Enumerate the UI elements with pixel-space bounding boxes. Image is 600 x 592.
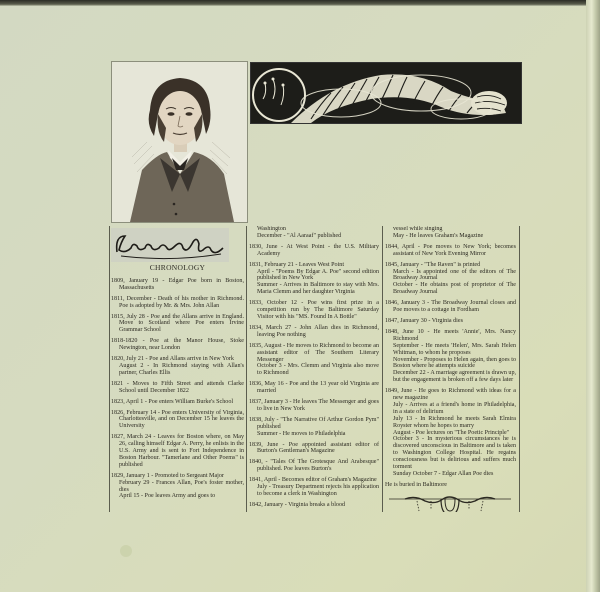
chronology-entry: 1835, August - He moves to Richmond to b… [249, 343, 379, 378]
burial-note: He is buried in Baltimore [385, 482, 516, 489]
chronology-column-2: Washington December - "Al Aaraaf" publis… [249, 226, 379, 512]
portrait-engraving-icon [112, 62, 247, 222]
chronology-entry: 1839, June - Poe appointed assistant edi… [249, 442, 379, 456]
chronology-sub-entry: April 15 - Poe leaves Army and goes to [119, 493, 244, 500]
tentacle-illustration-banner [250, 62, 522, 124]
chronology-entry: 1841, April - Becomes editor of Graham's… [249, 477, 379, 498]
poe-signature [111, 228, 229, 262]
ornamental-flourish-icon [385, 493, 515, 512]
chronology-entry: 1820, July 21 - Poe and Allans arrive in… [111, 356, 244, 377]
chronology-entry: 1826, February 14 - Poe enters Universit… [111, 410, 244, 431]
chronology-sub-entry: July - Treasury Department rejects his a… [257, 484, 379, 498]
chronology-entry: 1842, January - Virginia breaks a blood [249, 502, 379, 509]
chronology-column-3: vessel while singing May - He leaves Gra… [385, 226, 516, 512]
chronology-entry: 1831, February 21 - Leaves West Point Ap… [249, 262, 379, 297]
chronology-entry: 1827, March 24 - Leaves for Boston where… [111, 434, 244, 469]
chronology-entry: 1821 - Moves to Fifth Street and attends… [111, 381, 244, 395]
chronology-entry: 1815, July 28 - Poe and the Allans arriv… [111, 314, 244, 335]
chronology-entry: 1845, January - "The Raven" is printed M… [385, 262, 516, 297]
chronology-entry: 1829, January 1 - Promoted to Sergeant M… [111, 473, 244, 501]
chronology-entry: 1818-1820 - Poe at the Manor House, Stok… [111, 338, 244, 352]
chronology-column-1: CHRONOLOGY 1809, January 19 - Edgar Poe … [111, 226, 244, 512]
chronology-entry: 1811, December - Death of his mother in … [111, 296, 244, 310]
chronology-sub-entry: Summer - Arrives in Baltimore to stay wi… [257, 282, 379, 296]
chronology-sub-entry: September - He meets 'Helen', Mrs. Sarah… [393, 343, 516, 357]
chronology-entry: 1834, March 27 - John Allan dies in Rich… [249, 325, 379, 339]
cover-scuff-mark [120, 545, 132, 557]
chronology-sub-entry: December 22 - A marriage agreement is dr… [393, 370, 516, 384]
chronology-entry: 1848, June 10 - He meets 'Annie', Mrs. N… [385, 329, 516, 384]
column-rule-left [109, 226, 110, 512]
chronology-entry: 1847, January 30 - Virginia dies [385, 318, 516, 325]
signature-icon [111, 228, 229, 262]
column-rule-2 [382, 226, 383, 512]
column-rule-right [519, 226, 520, 512]
chronology-entry: 1849, June - He goes to Richmond with id… [385, 388, 516, 478]
chronology-sub-entry: Sunday October 7 - Edgar Allan Poe dies [393, 471, 516, 478]
chronology-entry: 1840, - "Tales Of The Grotesque And Arab… [249, 459, 379, 473]
chronology-entry: 1837, January 3 - He leaves The Messenge… [249, 399, 379, 413]
chronology-continuation: Washington December - "Al Aaraaf" publis… [249, 226, 379, 240]
chronology-sub-entry: August 2 - In Richmond staying with Alla… [119, 363, 244, 377]
chronology-entry: 1844, April - Poe moves to New York; bec… [385, 244, 516, 258]
chronology-sub-entry: February 29 - Frances Allan, Poe's foste… [119, 480, 244, 494]
chronology-sub-entry: July - Arrives at a friend's home in Phi… [393, 402, 516, 416]
chronology-sub-entry: March - Is appointed one of the editors … [393, 269, 516, 283]
column-rule-1 [246, 226, 247, 512]
chronology-entry: 1838, July - "The Narrative Of Arthur Go… [249, 417, 379, 438]
chronology-sub-entry: April - "Poems By Edgar A. Poe" second e… [257, 269, 379, 283]
chronology-heading: CHRONOLOGY [111, 265, 244, 272]
chronology-sub-entry: July 13 - In Richmond he meets Sarah Elm… [393, 416, 516, 430]
chronology-sub-entry: Summer - He moves to Philadelphia [257, 431, 379, 438]
chronology-sub-entry: October 3 - In mysterious circumstances … [393, 436, 516, 471]
chronology-continuation: vessel while singing May - He leaves Gra… [385, 226, 516, 240]
chronology-entry: 1809, January 19 - Edgar Poe born in Bos… [111, 278, 244, 292]
chronology-entry: 1846, January 3 - The Broadway Journal c… [385, 300, 516, 314]
tentacle-illustration-icon [251, 63, 521, 123]
ornament-divider [385, 493, 516, 512]
chronology-entry: 1823, April 1 - Poe enters William Burke… [111, 399, 244, 406]
chronology-entry: 1830, June - At West Point - the U.S. Mi… [249, 244, 379, 258]
chronology-sub-entry: November - Proposes to Helen again, then… [393, 357, 516, 371]
cover-top-edge [0, 0, 600, 6]
chronology-entry: 1833, October 12 - Poe wins first prize … [249, 300, 379, 321]
chronology-sub-entry: October 3 - Mrs. Clemm and Virginia also… [257, 363, 379, 377]
chronology-sub-entry: October - He obtains post of proprietor … [393, 282, 516, 296]
cover-spine-edge [586, 0, 600, 592]
chronology-sub-entry: August - Poe lectures on "The Poetic Pri… [393, 430, 516, 437]
poe-portrait [111, 61, 248, 223]
chronology-entry: 1836, May 16 - Poe and the 13 year old V… [249, 381, 379, 395]
